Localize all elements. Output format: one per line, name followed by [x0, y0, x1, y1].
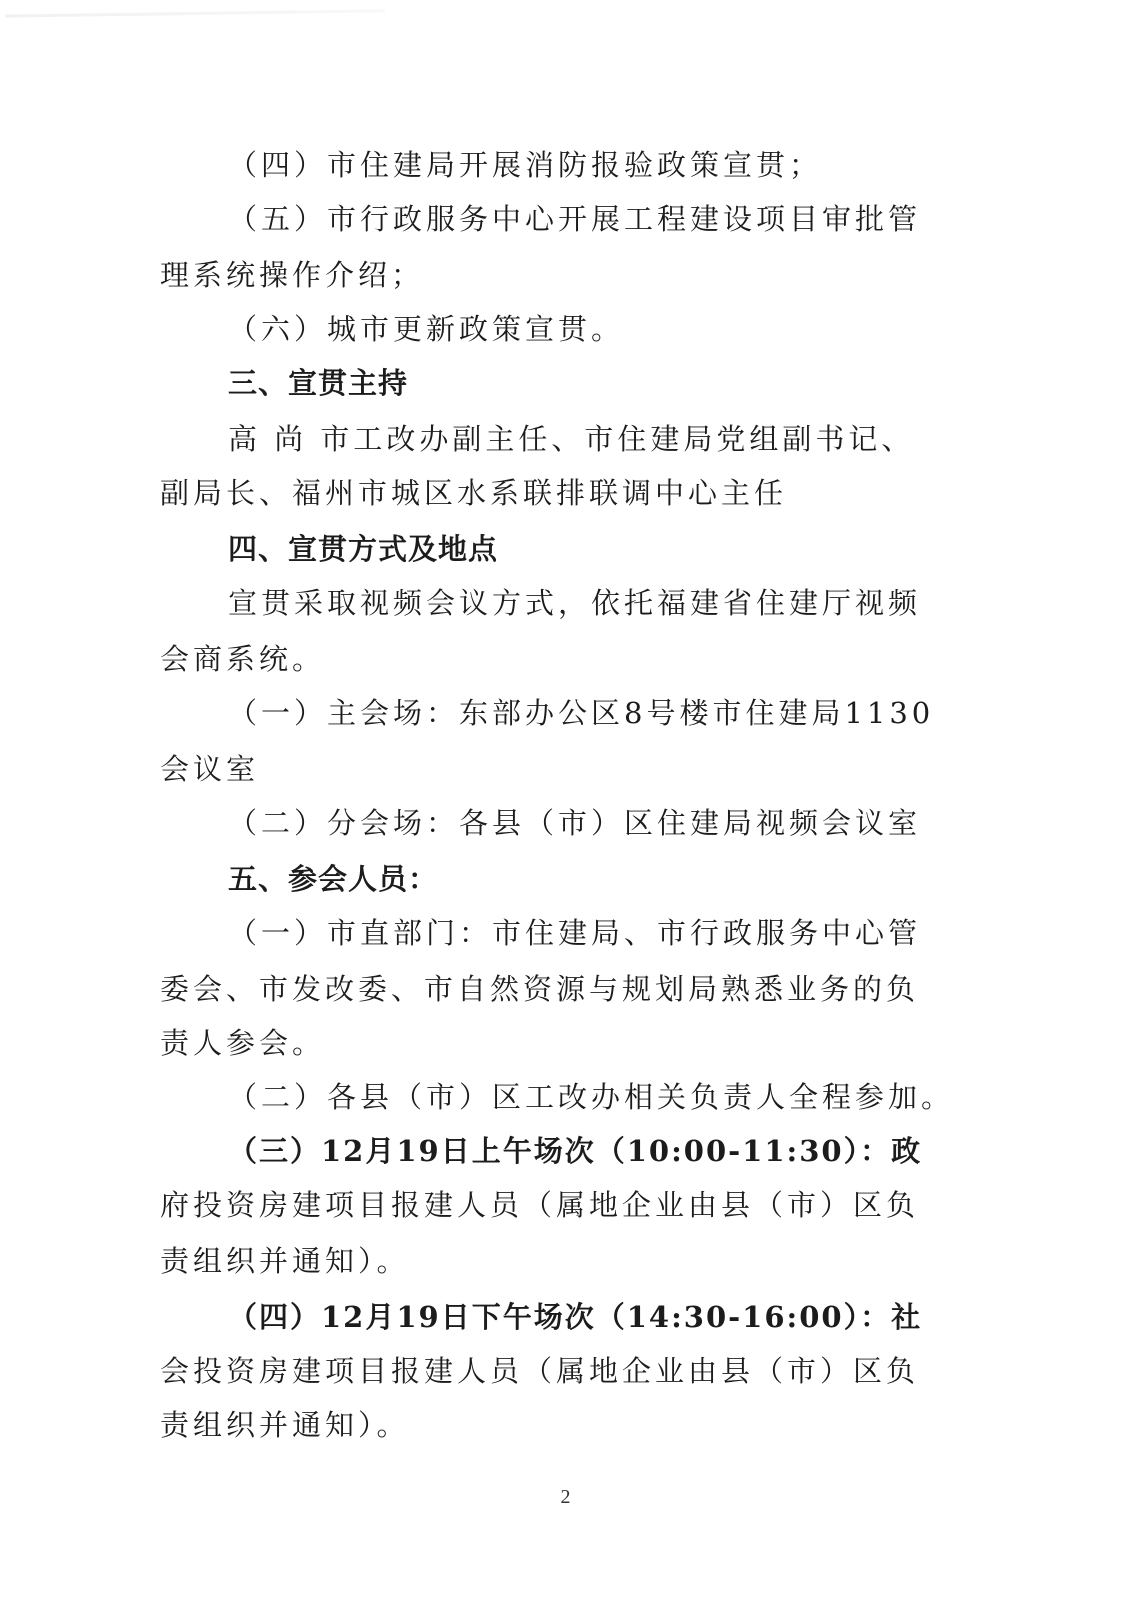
- page-number: 2: [0, 1486, 1131, 1509]
- scan-artifact: [5, 9, 385, 17]
- method-paragraph: 宣贯采取视频会议方式，依托福建省住建厅视频: [228, 576, 921, 630]
- attendees-county-offices: （二）各县（市）区工改办相关负责人全程参加。: [228, 1070, 954, 1124]
- afternoon-session: （四）12月19日下午场次（14:30-16:00）：社: [228, 1290, 922, 1344]
- section-heading-host: 三、宣贯主持: [228, 356, 408, 410]
- host-name-title: 高 尚 市工改办副主任、市住建局党组副书记、: [228, 412, 914, 466]
- attendees-city-departments-end: 责人参会。: [160, 1016, 325, 1070]
- morning-session: （三）12月19日上午场次（10:00-11:30）：政: [228, 1124, 922, 1178]
- afternoon-session-end: 责组织并通知）。: [160, 1398, 410, 1452]
- afternoon-session-cont: 会投资房建项目报建人员（属地企业由县（市）区负: [160, 1344, 919, 1398]
- host-title-continuation: 副局长、福州市城区水系联排联调中心主任: [160, 466, 787, 520]
- list-item-5-approval-system: （五）市行政服务中心开展工程建设项目审批管: [228, 192, 921, 246]
- method-paragraph-continuation: 会商系统。: [160, 632, 325, 686]
- section-heading-attendees: 五、参会人员：: [228, 852, 438, 906]
- section-heading-method-location: 四、宣贯方式及地点: [228, 522, 498, 576]
- list-item-4-fire-inspection: （四）市住建局开展消防报验政策宣贯；: [228, 138, 822, 192]
- attendees-city-departments-cont: 委会、市发改委、市自然资源与规划局熟悉业务的负: [160, 962, 919, 1016]
- main-venue: （一）主会场：东部办公区8号楼市住建局1130: [228, 686, 934, 740]
- morning-session-cont: 府投资房建项目报建人员（属地企业由县（市）区负: [160, 1178, 919, 1232]
- list-item-5-continuation: 理系统操作介绍；: [160, 248, 424, 302]
- main-venue-continuation: 会议室: [160, 742, 259, 796]
- attendees-city-departments: （一）市直部门：市住建局、市行政服务中心管: [228, 906, 921, 960]
- branch-venue: （二）分会场：各县（市）区住建局视频会议室: [228, 796, 921, 850]
- list-item-6-urban-renewal: （六）城市更新政策宣贯。: [228, 302, 624, 356]
- morning-session-end: 责组织并通知）。: [160, 1234, 410, 1288]
